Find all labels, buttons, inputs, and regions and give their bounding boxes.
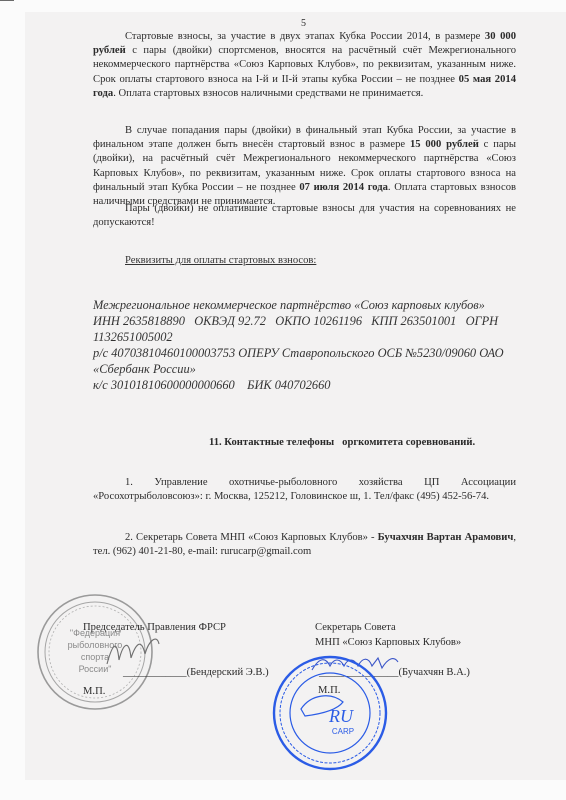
requisites-line: Межрегиональное некоммерческое партнёрст… (93, 297, 523, 313)
svg-text:RU: RU (328, 706, 354, 726)
contact-item-1: 1. Управление охотничье-рыболовного хозя… (93, 476, 516, 504)
requisites-line: «Сбербанк России» (93, 361, 523, 377)
paragraph-cup-fees: Стартовые взносы, за участие в двух этап… (93, 30, 516, 101)
chairman-title: Председатель Правления ФРСР (83, 622, 226, 633)
contact-item-2: 2. Секретарь Совета МНП «Союз Карповых К… (93, 531, 516, 559)
rucarp-stamp-icon: RU CARP (271, 654, 389, 772)
scan-edge-mark (0, 0, 14, 1)
chairman-mp: М.П. (83, 686, 105, 697)
requisites-line: 1132651005002 (93, 329, 523, 345)
secretary-name: Бучахчян Вартан Арамович (378, 532, 514, 543)
chairman-signature-icon (103, 632, 163, 672)
final-fee-deadline: 07 июля 2014 года (299, 182, 388, 193)
paragraph-not-admitted: Пары (двойки) не оплатившие стартовые вз… (93, 202, 516, 230)
requisites-line: ИНН 2635818890 ОКВЭД 92.72 ОКПО 10261196… (93, 313, 523, 329)
requisites-line: р/с 40703810460100003753 ОПЕРУ Ставропол… (93, 345, 523, 361)
section-title: 11. Контактные телефоны оргкомитета соре… (209, 437, 475, 448)
document-page: 5 Стартовые взносы, за участие в двух эт… (25, 12, 566, 780)
requisites-block: Межрегиональное некоммерческое партнёрст… (93, 297, 523, 393)
requisites-line: к/с 30101810600000000660 БИК 040702660 (93, 377, 523, 393)
final-fee-amount: 15 000 рублей (410, 139, 479, 150)
secretary-title-line2: МНП «Союз Карповых Клубов» (315, 637, 461, 648)
svg-text:CARP: CARP (332, 727, 354, 736)
paragraph-final-fees: В случае попадания пары (двойки) в финал… (93, 124, 516, 209)
requisites-heading: Реквизиты для оплаты стартовых взносов: (125, 255, 316, 266)
secretary-title-line1: Секретарь Совета (315, 622, 396, 633)
chairman-signature-line: ____________(Бендерский Э.В.) (123, 667, 269, 678)
